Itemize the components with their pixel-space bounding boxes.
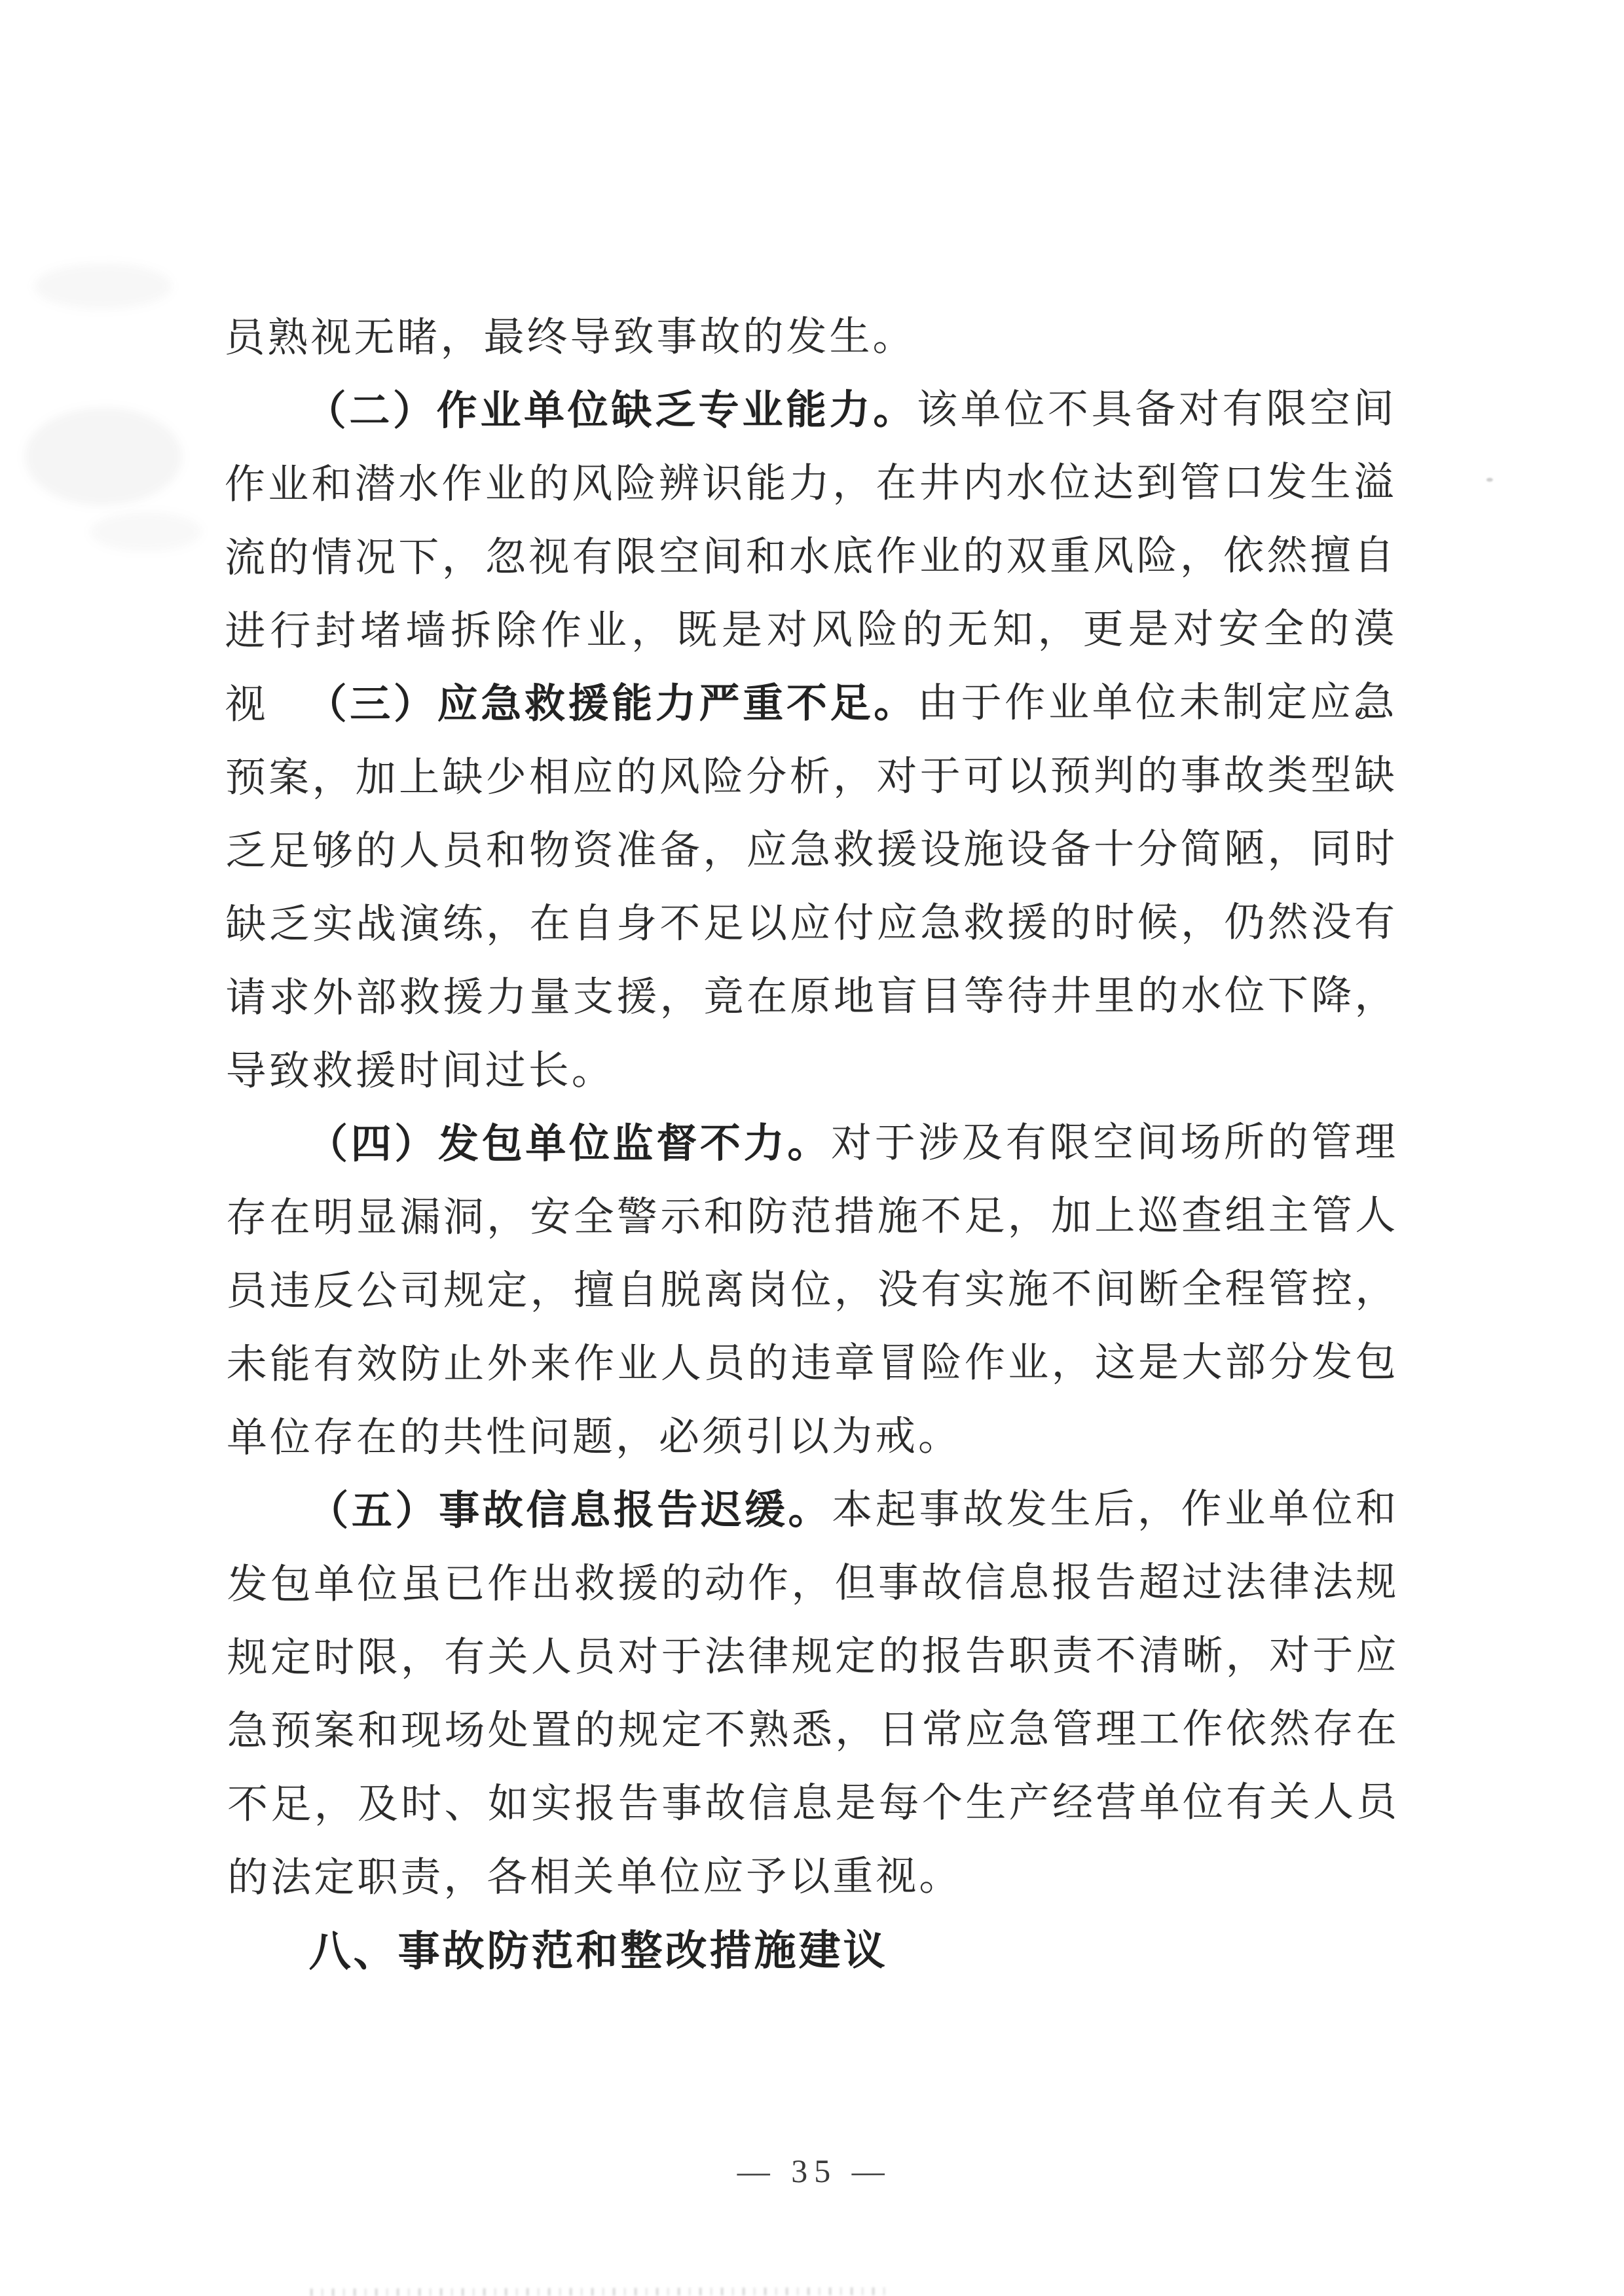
line-text: 请求外部救援力量支援，竟在原地盲目等待井里的水位下降， <box>225 974 1397 1021</box>
line-text: 存在明显漏洞，安全警示和防范措施不足，加上巡查组主管人 <box>226 1194 1398 1241</box>
scan-speck <box>1486 478 1493 482</box>
line-text: 发包单位虽已作出救援的动作，但事故信息报告超过法律法规 <box>227 1560 1399 1607</box>
line-lead: （五）事故信息报告迟缓。 <box>308 1487 832 1534</box>
text-line: 未能有效防止外来作业人员的违章冒险作业，这是大部分发包 <box>227 1326 1399 1402</box>
line-text: 本起事故发生后，作业单位和 <box>832 1487 1399 1533</box>
line-lead: 八、事故防范和整改措施建议 <box>308 1927 887 1975</box>
line-text: 不足，及时、如实报告事故信息是每个生产经营单位有关人员 <box>227 1780 1399 1827</box>
text-line: 导致救援时间过长。 <box>226 1032 1398 1108</box>
scan-smudge <box>34 263 172 309</box>
line-text: 该单位不具备对有限空间 <box>917 387 1397 433</box>
text-line: 流的情况下，忽视有限空间和水底作业的双重风险，依然擅自 <box>225 519 1397 595</box>
scanned-document-page: 员熟视无睹，最终导致事故的发生。 （二）作业单位缺乏专业能力。该单位不具备对有限… <box>0 0 1624 2296</box>
line-text: 员熟视无睹，最终导致事故的发生。 <box>224 315 915 361</box>
text-line: 乏足够的人员和物资准备，应急救援设施设备十分简陋，同时 <box>225 812 1397 888</box>
text-line: 作业和潜水作业的风险辨识能力，在井内水位达到管口发生溢 <box>225 446 1397 522</box>
line-text: 对于涉及有限空间场所的管理 <box>831 1120 1398 1166</box>
text-line: 进行封堵墙拆除作业，既是对风险的无知，更是对安全的漠视。 <box>225 592 1397 668</box>
scan-smudge <box>25 407 182 506</box>
line-text: 乏足够的人员和物资准备，应急救援设施设备十分简陋，同时 <box>225 827 1397 874</box>
line-lead: （二）作业单位缺乏专业能力。 <box>306 388 917 434</box>
line-lead: （三）应急救援能力严重不足。 <box>306 681 917 727</box>
line-text: 导致救援时间过长。 <box>226 1049 615 1094</box>
text-line: （四）发包单位监督不力。对于涉及有限空间场所的管理 <box>226 1106 1398 1182</box>
text-line: 规定时限，有关人员对于法律规定的报告职责不清晰，对于应 <box>227 1619 1399 1695</box>
text-line: （五）事故信息报告迟缓。本起事故发生后，作业单位和 <box>227 1472 1399 1548</box>
text-line: 单位存在的共性问题，必须引以为戒。 <box>227 1399 1399 1475</box>
line-lead: （四）发包单位监督不力。 <box>307 1121 831 1167</box>
line-text: 单位存在的共性问题，必须引以为戒。 <box>227 1415 961 1461</box>
text-line: （二）作业单位缺乏专业能力。该单位不具备对有限空间 <box>225 373 1397 448</box>
page-number: — 35 — <box>2 2143 1624 2198</box>
line-text: 的法定职责，各相关单位应予以重视。 <box>227 1855 962 1901</box>
line-text: 急预案和现场处置的规定不熟悉，日常应急管理工作依然存在 <box>227 1707 1399 1754</box>
text-line: 员违反公司规定，擅自脱离岗位，没有实施不间断全程管控， <box>226 1252 1398 1328</box>
text-block: 员熟视无睹，最终导致事故的发生。 （二）作业单位缺乏专业能力。该单位不具备对有限… <box>224 299 1399 1988</box>
text-line: 发包单位虽已作出救援的动作，但事故信息报告超过法律法规 <box>227 1546 1399 1622</box>
line-text: 规定时限，有关人员对于法律规定的报告职责不清晰，对于应 <box>227 1633 1399 1681</box>
line-text: 由于作业单位未制定应急 <box>917 680 1397 726</box>
text-line: 存在明显漏洞，安全警示和防范措施不足，加上巡查组主管人 <box>226 1179 1398 1255</box>
line-text: 缺乏实战演练，在自身不足以应付应急救援的时候，仍然没有 <box>225 900 1397 947</box>
line-text: 未能有效防止外来作业人员的违章冒险作业，这是大部分发包 <box>227 1340 1399 1387</box>
line-text: 作业和潜水作业的风险辨识能力，在井内水位达到管口发生溢 <box>225 460 1397 507</box>
text-line: 的法定职责，各相关单位应予以重视。 <box>227 1839 1399 1915</box>
scan-smudge <box>90 512 202 551</box>
text-line: 员熟视无睹，最终导致事故的发生。 <box>224 299 1396 375</box>
page-content: 员熟视无睹，最终导致事故的发生。 （二）作业单位缺乏专业能力。该单位不具备对有限… <box>0 0 1624 2296</box>
bottom-edge-artifact <box>310 2287 887 2296</box>
text-line: 请求外部救援力量支援，竟在原地盲目等待井里的水位下降， <box>225 959 1397 1035</box>
text-line: 不足，及时、如实报告事故信息是每个生产经营单位有关人员 <box>227 1766 1399 1842</box>
text-line: 预案，加上缺少相应的风险分析，对于可以预判的事故类型缺 <box>225 739 1397 815</box>
line-text: 员违反公司规定，擅自脱离岗位，没有实施不间断全程管控， <box>226 1267 1398 1314</box>
line-text: 预案，加上缺少相应的风险分析，对于可以预判的事故类型缺 <box>225 754 1397 801</box>
text-line: （三）应急救援能力严重不足。由于作业单位未制定应急 <box>225 666 1397 742</box>
text-line: 缺乏实战演练，在自身不足以应付应急救援的时候，仍然没有 <box>225 886 1397 962</box>
text-line: 八、事故防范和整改措施建议 <box>227 1912 1399 1988</box>
text-line: 急预案和现场处置的规定不熟悉，日常应急管理工作依然存在 <box>227 1692 1399 1768</box>
line-text: 流的情况下，忽视有限空间和水底作业的双重风险，依然擅自 <box>225 534 1397 581</box>
